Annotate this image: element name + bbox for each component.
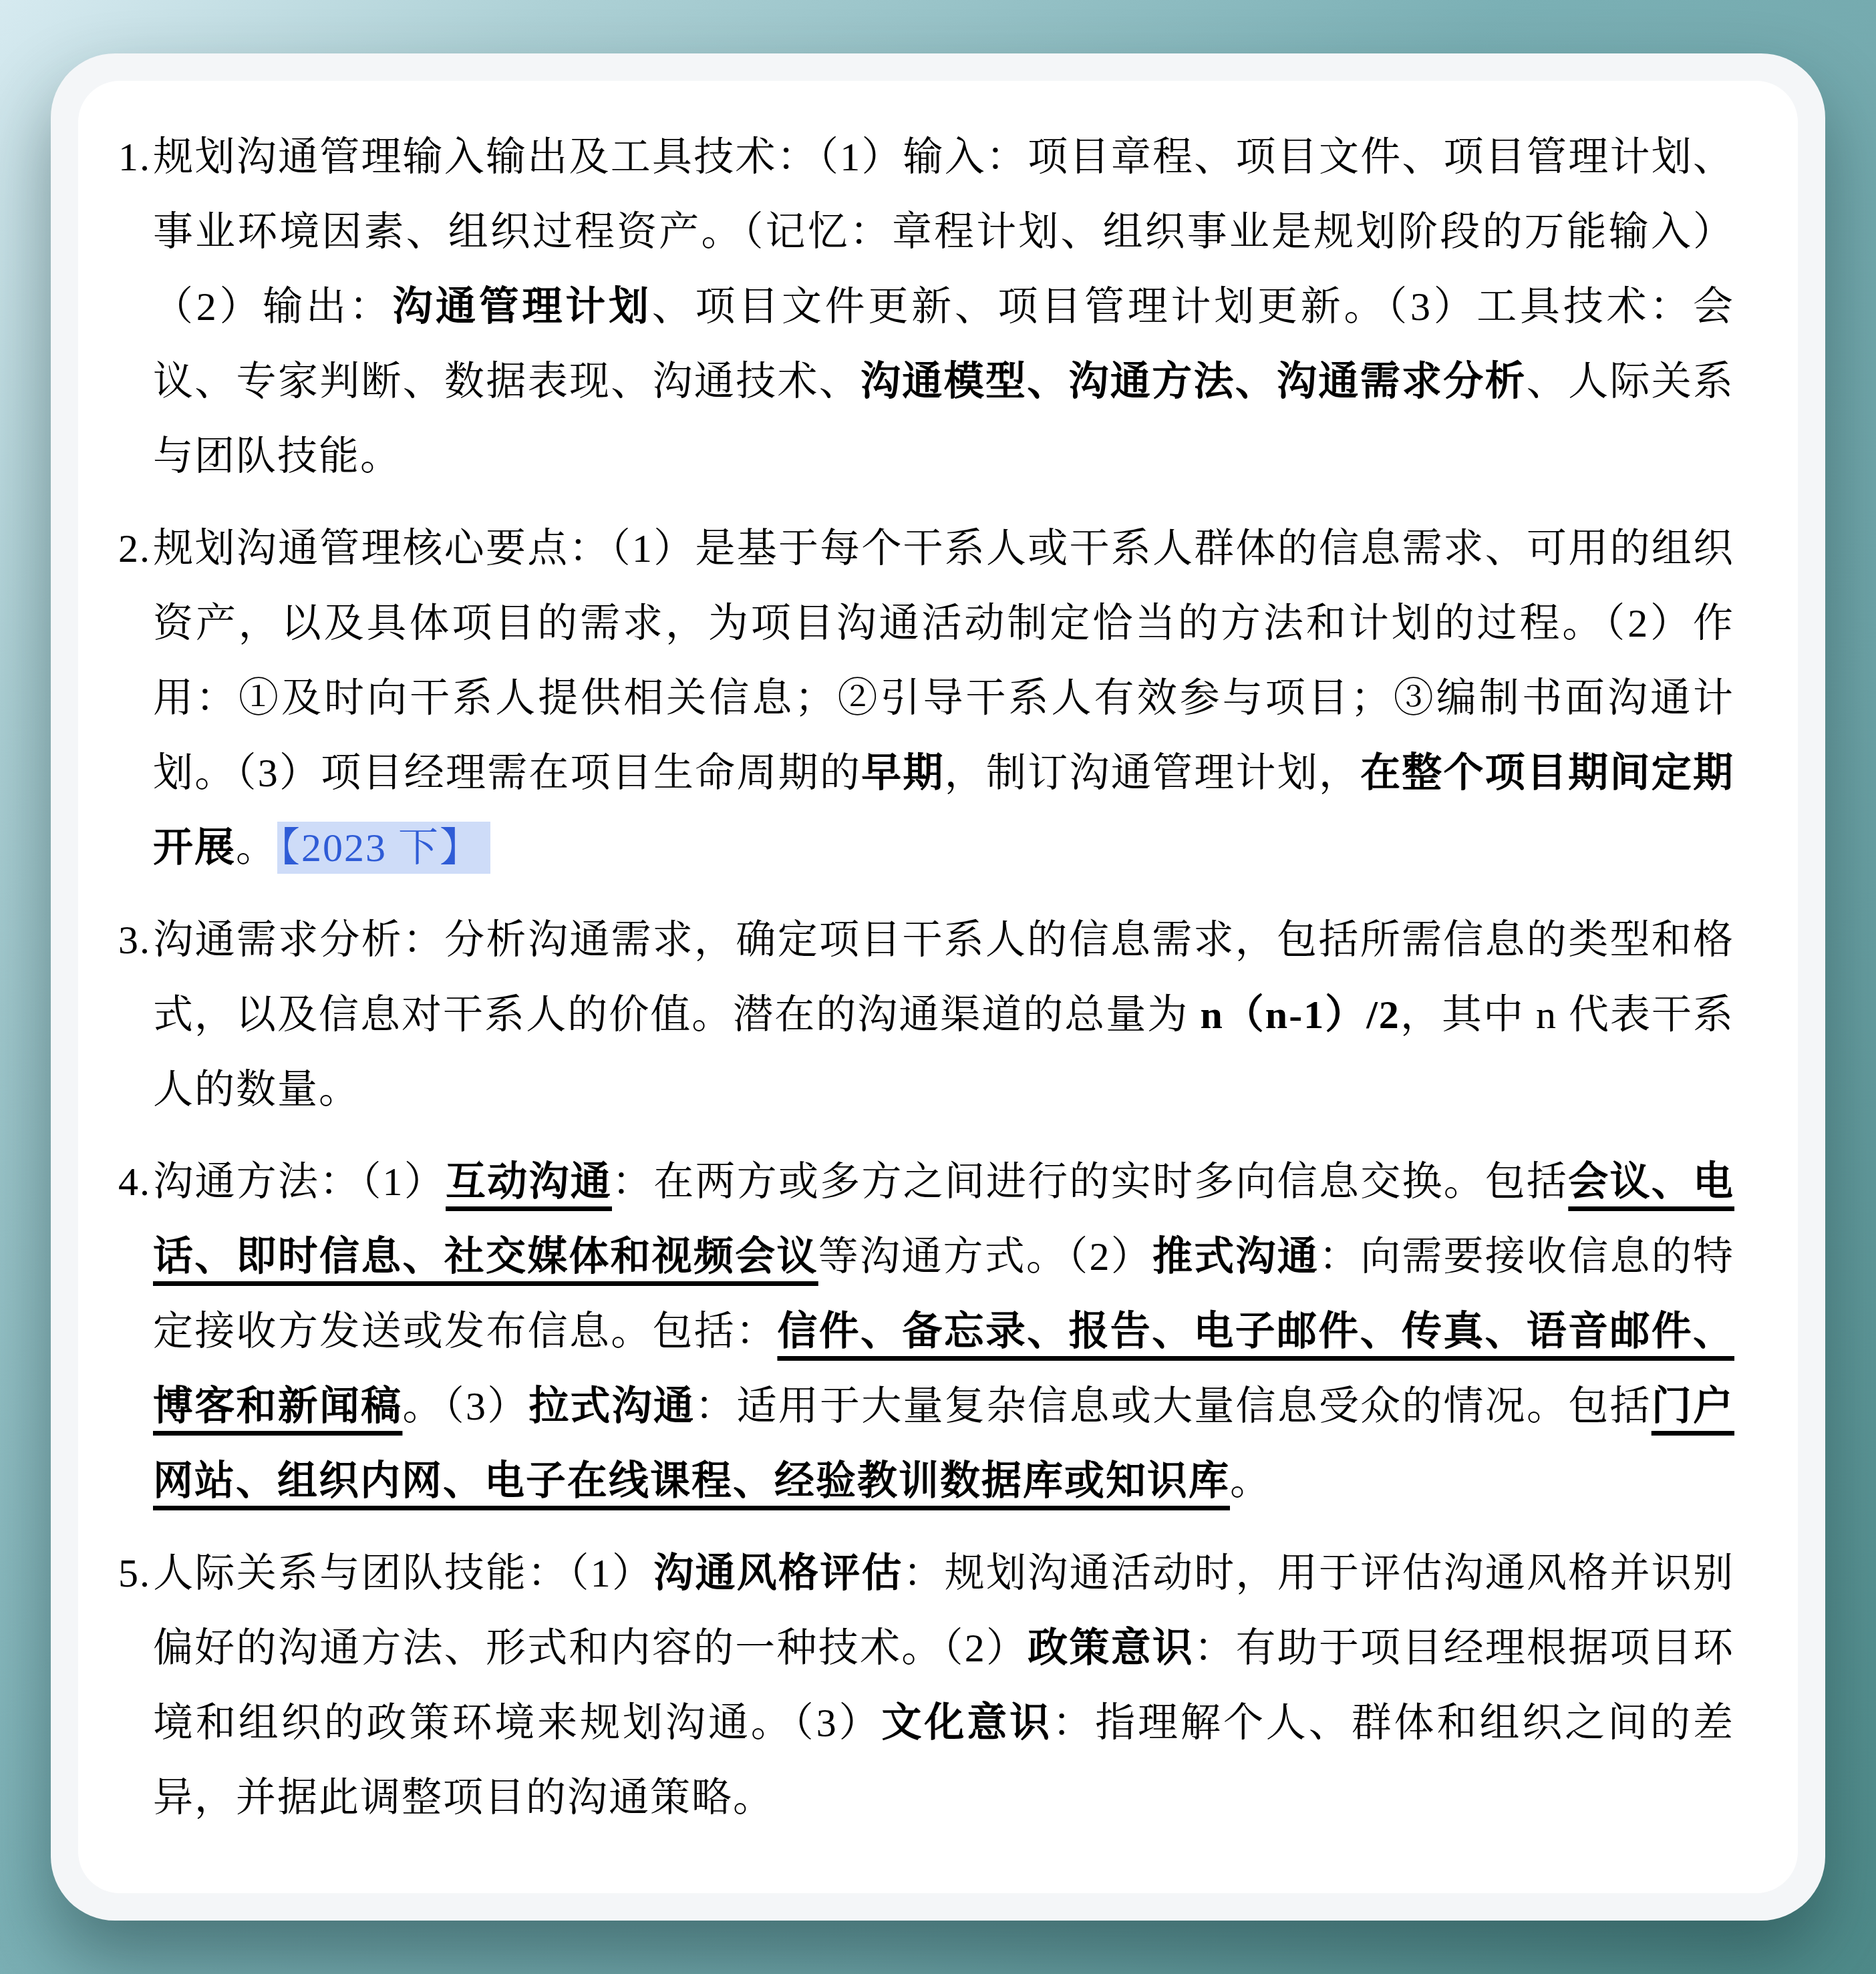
emphasis-text: 政策意识 (1028, 1626, 1194, 1670)
body-text: ，制订沟通管理计划， (945, 751, 1360, 795)
list-item: 4.沟通方法：（1）互动沟通：在两方或多方之间进行的实时多向信息交换。包括会议、… (118, 1144, 1734, 1518)
item-number: 4. (118, 1144, 153, 1219)
emphasis-text: 沟通模型、沟通方法、沟通需求分析 (861, 359, 1527, 403)
note-card-outer: 1.规划沟通管理输入输出及工具技术：（1）输入：项目章程、项目文件、项目管理计划… (51, 53, 1825, 1921)
note-card: 1.规划沟通管理输入输出及工具技术：（1）输入：项目章程、项目文件、项目管理计划… (78, 81, 1798, 1893)
list-item: 5.人际关系与团队技能：（1）沟通风格评估：规划沟通活动时，用于评估沟通风格并识… (118, 1536, 1734, 1835)
body-text: 等沟通方式。（2） (818, 1235, 1152, 1279)
notes-list: 1.规划沟通管理输入输出及工具技术：（1）输入：项目章程、项目文件、项目管理计划… (118, 120, 1734, 1835)
body-text: 人际关系与团队技能：（1） (153, 1551, 653, 1595)
list-item: 2.规划沟通管理核心要点：（1）是基于每个干系人或干系人群体的信息需求、可用的组… (118, 511, 1734, 885)
emphasis-text: 沟通管理计划 (392, 285, 651, 329)
emphasis-text: 文化意识 (882, 1701, 1053, 1745)
item-number: 2. (118, 511, 153, 586)
item-text: 规划沟通管理核心要点：（1）是基于每个干系人或干系人群体的信息需求、可用的组织资… (153, 526, 1734, 874)
body-text: 。 (1230, 1459, 1271, 1503)
exam-year-highlight: 【2023 下】 (277, 822, 490, 874)
emphasis-text: 沟通风格评估 (653, 1551, 903, 1595)
body-text: 。 (236, 826, 277, 870)
body-text: 沟通方法：（1） (153, 1160, 446, 1204)
body-text: 在两方或多方之间进行的实时多向信息交换。包括 (653, 1160, 1568, 1204)
item-number: 5. (118, 1536, 153, 1611)
item-number: 1. (118, 120, 153, 194)
emphasis-text: 拉式沟通 (528, 1384, 695, 1428)
emphasis-text: 推式沟通 (1152, 1235, 1319, 1279)
emphasis-text: n（n-1）/2 (1200, 993, 1400, 1037)
item-text: 规划沟通管理输入输出及工具技术：（1）输入：项目章程、项目文件、项目管理计划、事… (153, 135, 1734, 478)
item-text: 人际关系与团队技能：（1）沟通风格评估：规划沟通活动时，用于评估沟通风格并识别偏… (153, 1551, 1734, 1820)
emphasis-text: 互动沟通 (446, 1160, 612, 1204)
body-text: ： (612, 1160, 653, 1204)
item-text: 沟通需求分析：分析沟通需求，确定项目干系人的信息需求，包括所需信息的类型和格式，… (153, 918, 1734, 1112)
item-number: 3. (118, 902, 153, 977)
body-text: ：适用于大量复杂信息或大量信息受众的情况。包括 (695, 1384, 1651, 1428)
item-text: 沟通方法：（1）互动沟通：在两方或多方之间进行的实时多向信息交换。包括会议、电话… (153, 1160, 1734, 1503)
emphasis-text: 早期 (861, 751, 944, 795)
list-item: 1.规划沟通管理输入输出及工具技术：（1）输入：项目章程、项目文件、项目管理计划… (118, 120, 1734, 494)
body-text: 。（3） (402, 1384, 528, 1428)
list-item: 3.沟通需求分析：分析沟通需求，确定项目干系人的信息需求，包括所需信息的类型和格… (118, 902, 1734, 1127)
